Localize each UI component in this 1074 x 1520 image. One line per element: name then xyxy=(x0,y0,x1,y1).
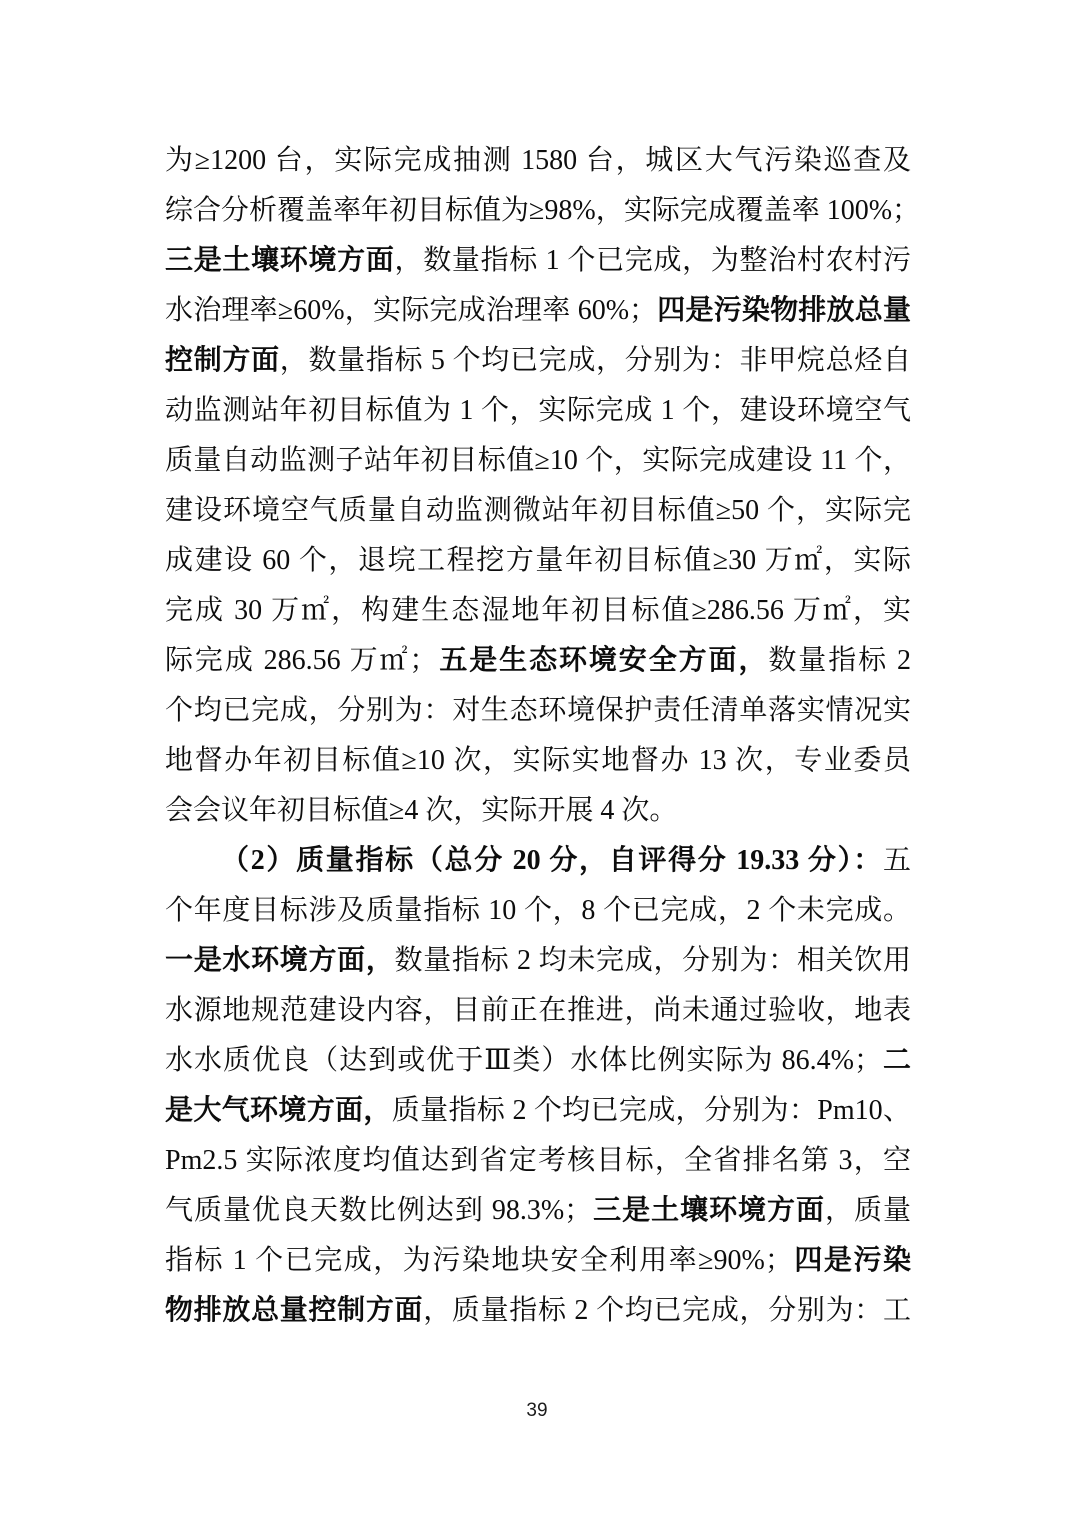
text-line: 成建设 60 个，退垸工程挖方量年初目标值≥30 万㎡，实际 xyxy=(165,536,911,586)
text-run: ，质量指标 2 个均已完成，分别为：工 xyxy=(423,1295,911,1326)
text-line: 会会议年初目标值≥4 次，实际开展 4 次。 xyxy=(165,786,911,836)
bold-text-run: 控制方面 xyxy=(165,345,280,376)
text-run: 水源地规范建设内容，目前正在推进，尚未通过验收，地表 xyxy=(165,995,911,1026)
text-line: Pm2.5 实际浓度均值达到省定考核目标，全省排名第 3，空 xyxy=(165,1136,911,1186)
bold-text-run: （2）质量指标（总分 20 分，自评得分 19.33 分）： xyxy=(221,845,883,876)
text-run: 动监测站年初目标值为 1 个，实际完成 1 个，建设环境空气 xyxy=(165,395,911,426)
bold-text-run: 一是水环境方面， xyxy=(165,945,395,976)
text-run: 际完成 286.56 万㎡； xyxy=(165,645,437,676)
bold-text-run: 四是污染物排放总量 xyxy=(657,295,911,326)
text-run: 水治理率≥60%，实际完成治理率 60%； xyxy=(165,295,657,326)
text-run: 会会议年初目标值≥4 次，实际开展 4 次。 xyxy=(165,795,677,826)
text-run: Pm2.5 实际浓度均值达到省定考核目标，全省排名第 3，空 xyxy=(165,1145,911,1176)
bold-text-run: 二 xyxy=(882,1045,911,1076)
text-line: 完成 30 万㎡，构建生态湿地年初目标值≥286.56 万㎡，实 xyxy=(165,586,911,636)
text-line: 综合分析覆盖率年初目标值为≥98%，实际完成覆盖率 100%； xyxy=(165,186,911,236)
text-run: 指标 1 个已完成，为污染地块安全利用率≥90%； xyxy=(165,1245,793,1276)
bold-text-run: 三是土壤环境方面 xyxy=(592,1195,825,1226)
text-run: 数量指标 2 均未完成，分别为：相关饮用 xyxy=(395,945,911,976)
page-number: 39 xyxy=(526,1400,547,1421)
text-line: 三是土壤环境方面，数量指标 1 个已完成，为整治村农村污 xyxy=(165,236,911,286)
text-run: 五 xyxy=(883,845,911,876)
text-run: ，质量 xyxy=(825,1195,911,1226)
text-line: 水水质优良（达到或优于Ⅲ类）水体比例实际为 86.4%；二 xyxy=(165,1036,911,1086)
text-line: 指标 1 个已完成，为污染地块安全利用率≥90%；四是污染 xyxy=(165,1236,911,1286)
text-line: 质量自动监测子站年初目标值≥10 个，实际完成建设 11 个， xyxy=(165,436,911,486)
text-line: 个年度目标涉及质量指标 10 个，8 个已完成，2 个未完成。 xyxy=(165,886,911,936)
text-run: 成建设 60 个，退垸工程挖方量年初目标值≥30 万㎡，实际 xyxy=(165,545,911,576)
text-run: ，数量指标 5 个均已完成，分别为：非甲烷总烃自 xyxy=(280,345,911,376)
text-run: 数量指标 2 xyxy=(768,645,911,676)
text-run: 个年度目标涉及质量指标 10 个，8 个已完成，2 个未完成。 xyxy=(165,895,911,926)
text-run: 综合分析覆盖率年初目标值为≥98%，实际完成覆盖率 100%； xyxy=(165,195,920,226)
text-run: 地督办年初目标值≥10 次，实际实地督办 13 次，专业委员 xyxy=(165,745,911,776)
document-body: 为≥1200 台，实际完成抽测 1580 台，城区大气污染巡查及 综合分析覆盖率… xyxy=(165,136,911,1336)
text-line: 气质量优良天数比例达到 98.3%；三是土壤环境方面，质量 xyxy=(165,1186,911,1236)
text-run: 质量自动监测子站年初目标值≥10 个，实际完成建设 11 个， xyxy=(165,445,911,476)
text-line: 物排放总量控制方面，质量指标 2 个均已完成，分别为：工 xyxy=(165,1286,911,1336)
text-line: 为≥1200 台，实际完成抽测 1580 台，城区大气污染巡查及 xyxy=(165,136,911,186)
bold-text-run: 五是生态环境安全方面， xyxy=(437,645,768,676)
text-line: 际完成 286.56 万㎡；五是生态环境安全方面，数量指标 2 xyxy=(165,636,911,686)
text-run: 水水质优良（达到或优于Ⅲ类）水体比例实际为 86.4%； xyxy=(165,1045,882,1076)
text-run: 气质量优良天数比例达到 98.3%； xyxy=(165,1195,592,1226)
text-run: 为≥1200 台，实际完成抽测 1580 台，城区大气污染巡查及 xyxy=(165,145,911,176)
text-run: 建设环境空气质量自动监测微站年初目标值≥50 个，实际完 xyxy=(165,495,911,526)
text-line: 一是水环境方面，数量指标 2 均未完成，分别为：相关饮用 xyxy=(165,936,911,986)
bold-text-run: 物排放总量控制方面 xyxy=(165,1295,423,1326)
text-line: 水治理率≥60%，实际完成治理率 60%；四是污染物排放总量 xyxy=(165,286,911,336)
text-line: 是大气环境方面，质量指标 2 个均已完成，分别为：Pm10、 xyxy=(165,1086,911,1136)
text-line: 建设环境空气质量自动监测微站年初目标值≥50 个，实际完 xyxy=(165,486,911,536)
text-line: 个均已完成，分别为：对生态环境保护责任清单落实情况实 xyxy=(165,686,911,736)
document-page: 为≥1200 台，实际完成抽测 1580 台，城区大气污染巡查及 综合分析覆盖率… xyxy=(0,0,1074,1520)
text-run: 完成 30 万㎡，构建生态湿地年初目标值≥286.56 万㎡，实 xyxy=(165,595,911,626)
bold-text-run: 是大气环境方面， xyxy=(165,1095,392,1126)
bold-text-run: 三是土壤环境方面 xyxy=(165,245,395,276)
text-line: 水源地规范建设内容，目前正在推进，尚未通过验收，地表 xyxy=(165,986,911,1036)
page-footer: 39 xyxy=(0,1398,1074,1424)
text-line: 控制方面，数量指标 5 个均已完成，分别为：非甲烷总烃自 xyxy=(165,336,911,386)
text-line: 动监测站年初目标值为 1 个，实际完成 1 个，建设环境空气 xyxy=(165,386,911,436)
text-run: ，数量指标 1 个已完成，为整治村农村污 xyxy=(395,245,911,276)
bold-text-run: 四是污染 xyxy=(793,1245,911,1276)
text-line: 地督办年初目标值≥10 次，实际实地督办 13 次，专业委员 xyxy=(165,736,911,786)
text-run: 个均已完成，分别为：对生态环境保护责任清单落实情况实 xyxy=(165,695,911,726)
text-line: （2）质量指标（总分 20 分，自评得分 19.33 分）：五 xyxy=(165,836,911,886)
text-run: 质量指标 2 个均已完成，分别为：Pm10、 xyxy=(392,1095,911,1126)
